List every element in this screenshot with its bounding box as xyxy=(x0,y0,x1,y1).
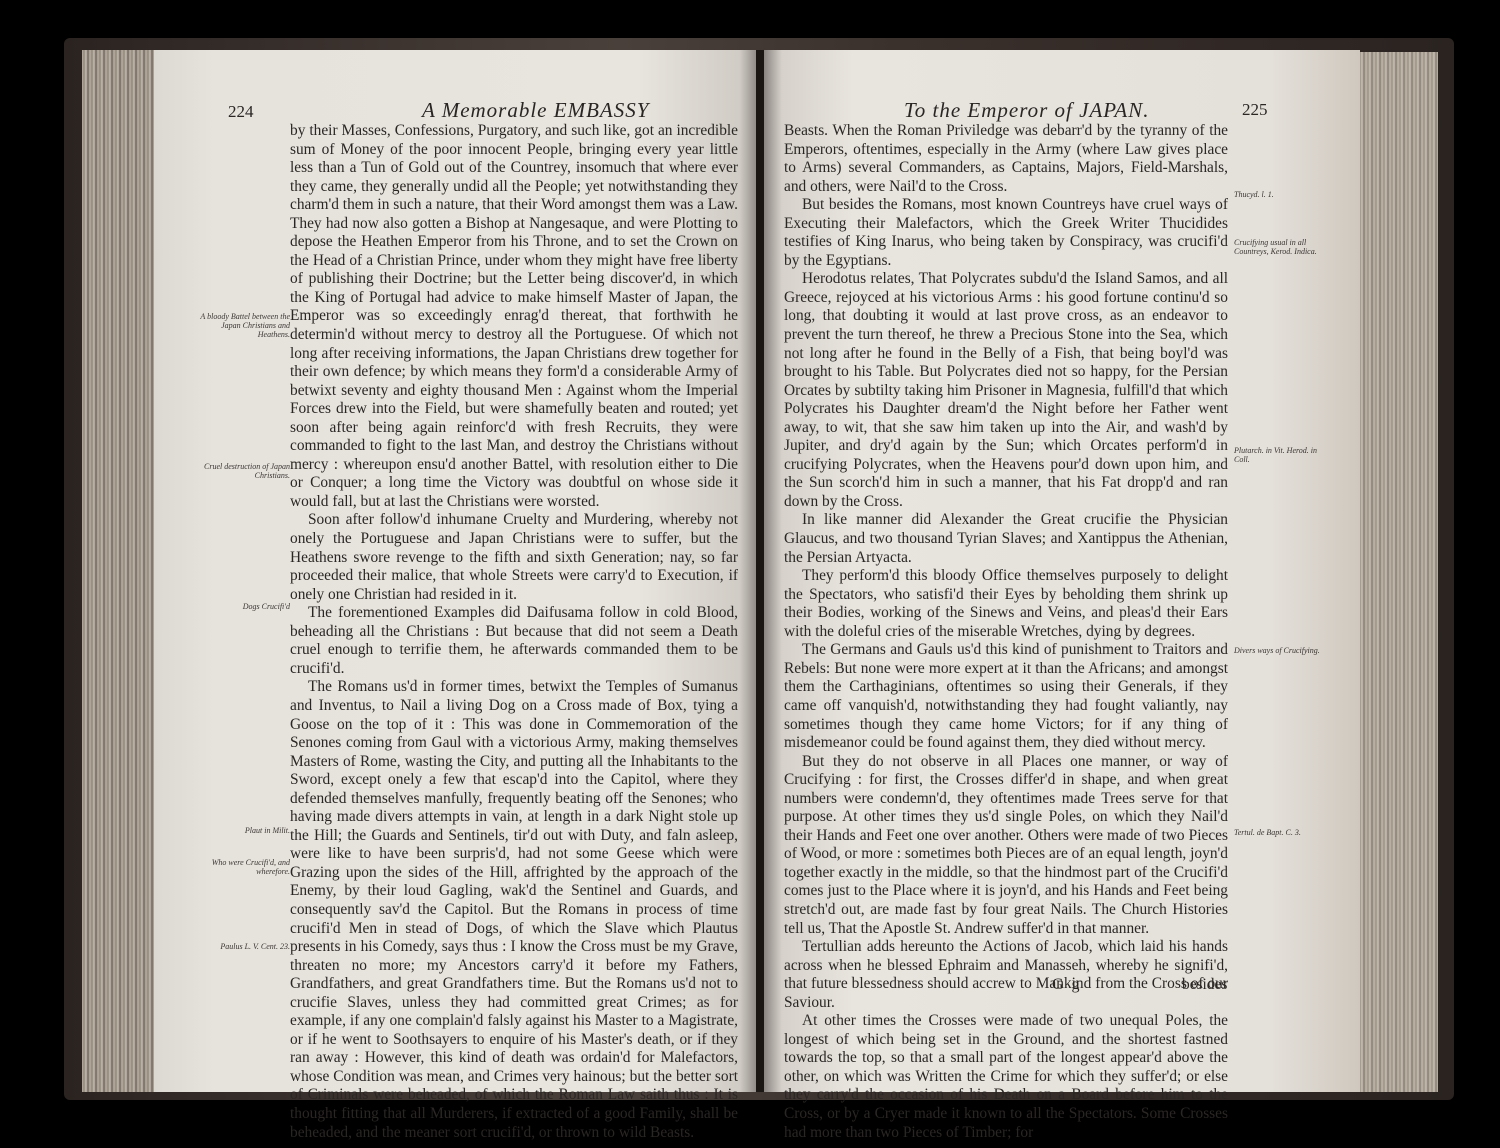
paragraph: At other times the Crosses were made of … xyxy=(784,1012,1228,1142)
page-number: 225 xyxy=(1242,100,1268,120)
marginal-note: Plutarch. in Vit. Herod. in Coll. xyxy=(1234,446,1334,464)
body-text: Beasts. When the Roman Priviledge was de… xyxy=(784,122,1228,1142)
paragraph: In like manner did Alexander the Great c… xyxy=(784,511,1228,567)
signature-mark: G g xyxy=(1052,976,1082,994)
paragraph: Tertullian adds hereunto the Actions of … xyxy=(784,938,1228,1012)
paragraph: But they do not observe in all Places on… xyxy=(784,753,1228,938)
marginal-note: Dogs Crucifi'd xyxy=(194,602,290,611)
paragraph: The Germans and Gauls us'd this kind of … xyxy=(784,641,1228,752)
left-page: 224 A Memorable EMBASSY A bloody Battel … xyxy=(154,50,758,1092)
paragraph: Soon after follow'd inhumane Cruelty and… xyxy=(290,511,738,604)
paragraph: The Romans us'd in former times, betwixt… xyxy=(290,678,738,1142)
page-number: 224 xyxy=(228,102,254,122)
marginal-note: Paulus L. V. Cent. 23. xyxy=(194,942,290,951)
marginal-note: A bloody Battel between the Japan Christ… xyxy=(194,312,290,339)
marginal-note: Tertul. de Bapt. C. 3. xyxy=(1234,828,1334,837)
marginal-note: Cruel destruction of Japan Christians. xyxy=(194,462,290,480)
paragraph: The forementioned Examples did Daifusama… xyxy=(290,604,738,678)
page-edges-left xyxy=(82,50,156,1092)
body-text: by their Masses, Confessions, Purgatory,… xyxy=(290,122,738,1142)
paragraph: by their Masses, Confessions, Purgatory,… xyxy=(290,122,738,511)
marginal-note: Crucifying usual in all Countreys, Kerod… xyxy=(1234,238,1334,256)
running-head: A Memorable EMBASSY xyxy=(422,98,649,123)
paragraph: But besides the Romans, most known Count… xyxy=(784,196,1228,270)
marginal-note: Divers ways of Crucifying. xyxy=(1234,646,1334,655)
paragraph: They perform'd this bloody Office themse… xyxy=(784,567,1228,641)
running-head: To the Emperor of JAPAN. xyxy=(904,98,1149,123)
marginal-note: Plaut in Milit. xyxy=(194,826,290,835)
catchword: besides xyxy=(1182,976,1227,994)
paragraph: Beasts. When the Roman Priviledge was de… xyxy=(784,122,1228,196)
right-page: To the Emperor of JAPAN. 225 Thucyd. l. … xyxy=(764,50,1360,1092)
paragraph: Herodotus relates, That Polycrates subdu… xyxy=(784,270,1228,511)
marginal-note: Thucyd. l. 1. xyxy=(1234,190,1334,199)
page-edges-right xyxy=(1358,52,1438,1092)
marginal-note: Who were Crucifi'd, and wherefore. xyxy=(194,858,290,876)
